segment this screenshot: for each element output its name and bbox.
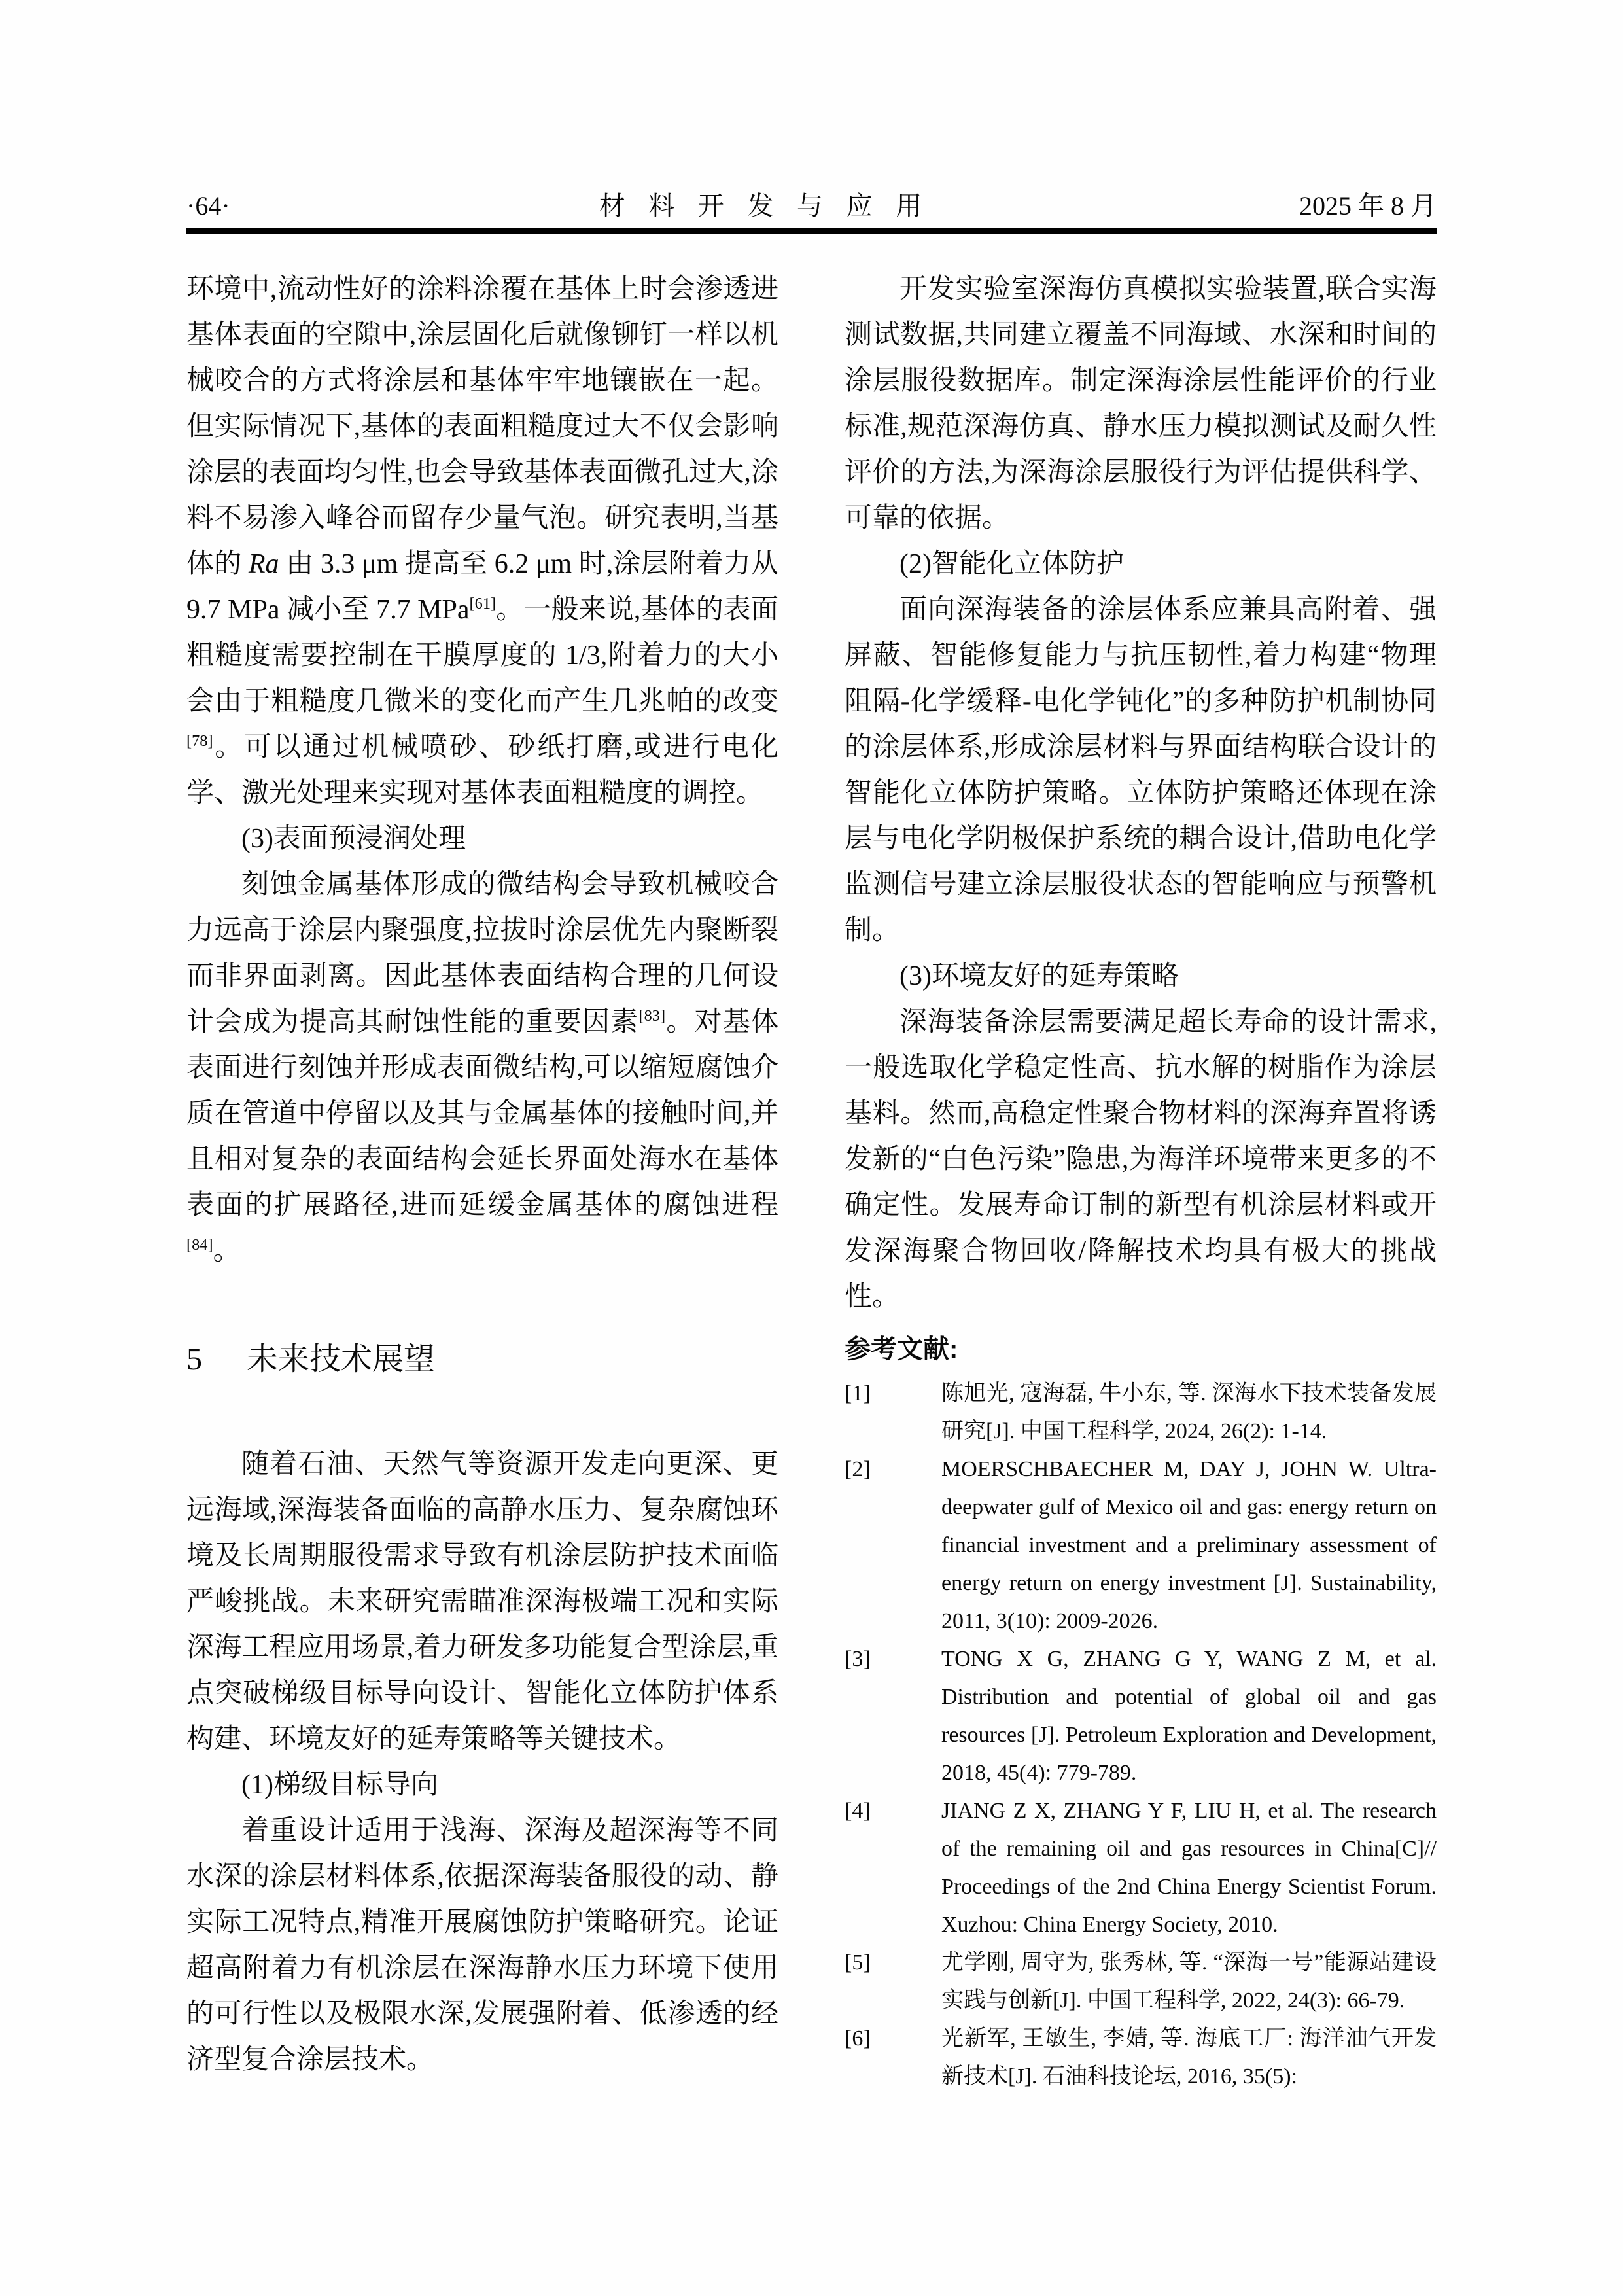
page-number: ·64· xyxy=(186,193,230,219)
two-column-body: 环境中,流动性好的涂料涂覆在基体上时会渗透进基体表面的空隙中,涂层固化后就像铆钉… xyxy=(186,266,1437,2096)
paragraph: 着重设计适用于浅海、深海及超深海等不同水深的涂层材料体系,依据深海装备服役的动、… xyxy=(186,1808,778,2083)
citation-superscript: [61] xyxy=(470,595,497,612)
reference-item: [4]JIANG Z X, ZHANG Y F, LIU H, et al. T… xyxy=(845,1792,1437,1944)
reference-number: [5] xyxy=(845,1944,941,2020)
reference-number: [6] xyxy=(845,2020,941,2096)
italic-symbol: Ra xyxy=(249,549,279,579)
reference-number: [3] xyxy=(845,1640,941,1792)
reference-text: 尤学刚, 周守为, 张秀林, 等. “深海一号”能源站建设实践与创新[J]. 中… xyxy=(941,1944,1437,2020)
paragraph-continued: 环境中,流动性好的涂料涂覆在基体上时会渗透进基体表面的空隙中,涂层固化后就像铆钉… xyxy=(186,266,778,816)
journal-title: 材 料 开 发 与 应 用 xyxy=(599,193,930,219)
issue-date: 2025 年 8 月 xyxy=(1299,193,1437,219)
reference-item: [1]陈旭光, 寇海磊, 牛小东, 等. 深海水下技术装备发展研究[J]. 中国… xyxy=(845,1375,1437,1451)
reference-item: [2]MOERSCHBAECHER M, DAY J, JOHN W. Ultr… xyxy=(845,1451,1437,1640)
citation-superscript: [83] xyxy=(639,1007,666,1025)
subsection-label-smart-protection: (2)智能化立体防护 xyxy=(845,541,1437,587)
left-column: 环境中,流动性好的涂料涂覆在基体上时会渗透进基体表面的空隙中,涂层固化后就像铆钉… xyxy=(186,266,778,2096)
right-column: 开发实验室深海仿真模拟实验装置,联合实海测试数据,共同建立覆盖不同海域、水深和时… xyxy=(845,266,1437,2096)
reference-item: [3]TONG X G, ZHANG G Y, WANG Z M, et al.… xyxy=(845,1640,1437,1792)
subsection-label-surface-prewetting: (3)表面预浸润处理 xyxy=(186,816,778,862)
paragraph: 开发实验室深海仿真模拟实验装置,联合实海测试数据,共同建立覆盖不同海域、水深和时… xyxy=(845,266,1437,541)
reference-text: 光新军, 王敏生, 李婧, 等. 海底工厂: 海洋油气开发新技术[J]. 石油科… xyxy=(941,2020,1437,2096)
section-number: 5 xyxy=(186,1342,202,1377)
reference-number: [2] xyxy=(845,1451,941,1640)
reference-item: [6]光新军, 王敏生, 李婧, 等. 海底工厂: 海洋油气开发新技术[J]. … xyxy=(845,2020,1437,2096)
references-heading: 参考文献: xyxy=(845,1329,1437,1369)
reference-text: MOERSCHBAECHER M, DAY J, JOHN W. Ultra-d… xyxy=(941,1451,1437,1640)
section-title: 未来技术展望 xyxy=(247,1342,435,1377)
reference-number: [4] xyxy=(845,1792,941,1944)
reference-text: 陈旭光, 寇海磊, 牛小东, 等. 深海水下技术装备发展研究[J]. 中国工程科… xyxy=(941,1375,1437,1451)
paragraph: 深海装备涂层需要满足超长寿命的设计需求,一般选取化学稳定性高、抗水解的树脂作为涂… xyxy=(845,999,1437,1320)
page-header: ·64· 材 料 开 发 与 应 用 2025 年 8 月 xyxy=(186,0,1437,219)
paragraph: 随着石油、天然气等资源开发走向更深、更远海域,深海装备面临的高静水压力、复杂腐蚀… xyxy=(186,1441,778,1762)
reference-text: JIANG Z X, ZHANG Y F, LIU H, et al. The … xyxy=(941,1792,1437,1944)
paragraph: 刻蚀金属基体形成的微结构会导致机械咬合力远高于涂层内聚强度,拉拔时涂层优先内聚断… xyxy=(186,862,778,1274)
header-rule xyxy=(186,228,1437,234)
subsection-label-gradient-target: (1)梯级目标导向 xyxy=(186,1762,778,1808)
journal-page: ·64· 材 料 开 发 与 应 用 2025 年 8 月 环境中,流动性好的涂… xyxy=(0,0,1623,2296)
reference-number: [1] xyxy=(845,1375,941,1451)
section-heading: 5 未来技术展望 xyxy=(186,1341,778,1379)
citation-superscript: [78] xyxy=(186,732,213,750)
references-list: [1]陈旭光, 寇海磊, 牛小东, 等. 深海水下技术装备发展研究[J]. 中国… xyxy=(845,1375,1437,2096)
paragraph: 面向深海装备的涂层体系应兼具高附着、强屏蔽、智能修复能力与抗压韧性,着力构建“物… xyxy=(845,587,1437,953)
citation-superscript: [84] xyxy=(186,1236,213,1254)
reference-item: [5]尤学刚, 周守为, 张秀林, 等. “深海一号”能源站建设实践与创新[J]… xyxy=(845,1944,1437,2020)
reference-text: TONG X G, ZHANG G Y, WANG Z M, et al. Di… xyxy=(941,1640,1437,1792)
subsection-label-eco-longevity: (3)环境友好的延寿策略 xyxy=(845,953,1437,999)
